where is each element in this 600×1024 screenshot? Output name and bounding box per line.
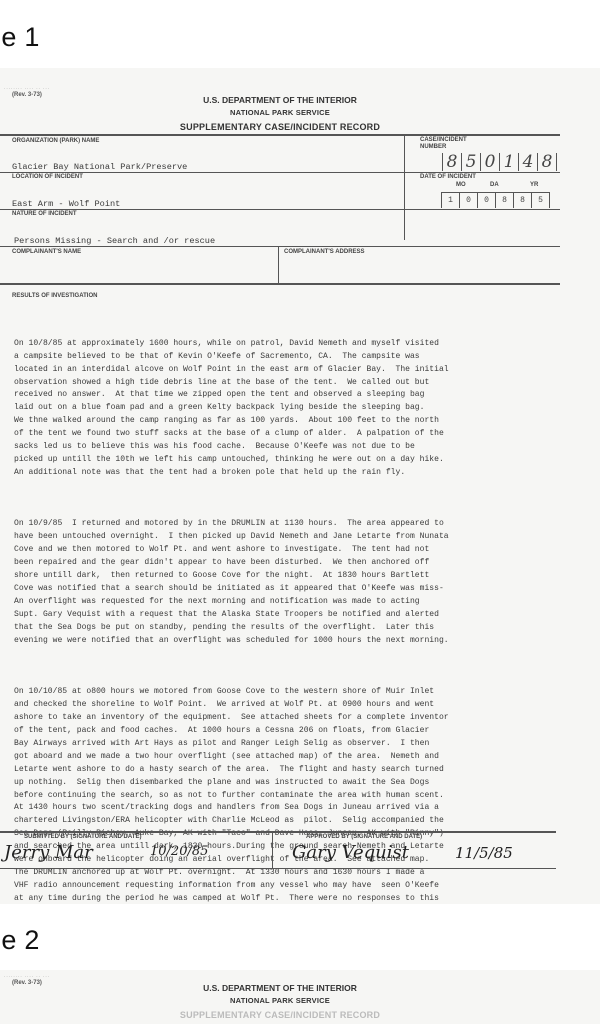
complainant-name-label: COMPLAINANT'S NAME <box>12 249 81 255</box>
narrative-paragraph: On 10/9/85 I returned and motored by in … <box>14 518 584 647</box>
date-da-label: DA <box>490 182 499 188</box>
date-mo-label: MO <box>456 182 466 188</box>
date-digit: 0 <box>459 192 477 208</box>
case-digit: 4 <box>518 153 537 171</box>
approved-signature: Gary Vequist <box>292 842 409 863</box>
submitted-date: 10/20/85 <box>150 844 208 859</box>
form-number-marks: ········ ···· ·· ··· <box>4 86 50 91</box>
signature-divider <box>272 831 273 868</box>
approved-date: 11/5/85 <box>455 844 513 862</box>
location-value: East Arm - Wolf Point <box>12 199 120 209</box>
location-label: LOCATION OF INCIDENT <box>12 174 83 180</box>
submitted-signature: Jerry Mar <box>4 842 93 863</box>
department-heading: U.S. DEPARTMENT OF THE INTERIOR <box>0 983 560 993</box>
results-label: RESULTS OF INVESTIGATION <box>12 293 97 299</box>
agency-heading: NATIONAL PARK SERVICE <box>0 996 560 1005</box>
signature-top-rule <box>0 831 556 833</box>
form-page-2: ········ ···· ·· ··· (Rev. 3-73) U.S. DE… <box>0 970 600 1024</box>
approved-by-label: APPROVED BY (SIGNATURE AND DATE) <box>306 834 422 840</box>
organization-label: ORGANIZATION (PARK) NAME <box>12 138 99 144</box>
row-rule <box>0 172 560 173</box>
form-title: SUPPLEMENTARY CASE/INCIDENT RECORD <box>0 122 560 132</box>
department-heading: U.S. DEPARTMENT OF THE INTERIOR <box>0 95 560 105</box>
case-digit: 0 <box>480 153 499 171</box>
form-page-1: ········ ···· ·· ··· (Rev. 3-73) U.S. DE… <box>0 68 600 904</box>
date-boxes: 1 0 0 8 8 5 <box>441 192 550 208</box>
row-rule <box>0 283 560 285</box>
submitted-by-label: SUBMITTED BY (SIGNATURE AND DATE) <box>24 834 141 840</box>
date-digit: 0 <box>477 192 495 208</box>
complainant-divider <box>278 246 279 284</box>
agency-heading: NATIONAL PARK SERVICE <box>0 108 560 117</box>
organization-value: Glacier Bay National Park/Preserve <box>12 162 187 172</box>
header-rule <box>0 134 560 136</box>
date-digit: 5 <box>531 192 550 208</box>
signature-bottom-rule <box>0 868 556 869</box>
narrative-paragraph: On 10/8/85 at approximately 1600 hours, … <box>14 338 584 480</box>
case-digit: 5 <box>461 153 480 171</box>
form-number-marks: ········ ···· ·· ··· <box>4 974 50 979</box>
case-number-boxes: 8 5 0 1 4 8 <box>442 153 557 171</box>
case-digit: 1 <box>499 153 518 171</box>
row-rule <box>0 209 560 210</box>
row-rule <box>0 246 560 247</box>
right-column-divider <box>404 134 405 240</box>
nature-label: NATURE OF INCIDENT <box>12 211 77 217</box>
case-digit: 8 <box>537 153 557 171</box>
date-yr-label: YR <box>530 182 538 188</box>
date-label: DATE OF INCIDENT <box>420 174 476 180</box>
form-title: SUPPLEMENTARY CASE/INCIDENT RECORD <box>0 1010 560 1020</box>
nature-value: Persons Missing - Search and /or rescue <box>14 236 215 246</box>
date-digit: 8 <box>495 192 513 208</box>
date-digit: 1 <box>441 192 459 208</box>
case-number-label: CASE/INCIDENT <box>420 137 467 143</box>
case-digit: 8 <box>442 153 461 171</box>
narrative-paragraph: On 10/10/85 at o800 hours we motored fro… <box>14 686 584 905</box>
page-2-label: ge 2 <box>0 925 40 956</box>
complainant-address-label: COMPLAINANT'S ADDRESS <box>284 249 365 255</box>
case-number-label-2: NUMBER <box>420 144 446 150</box>
page-1-label: ge 1 <box>0 22 40 53</box>
date-digit: 8 <box>513 192 531 208</box>
